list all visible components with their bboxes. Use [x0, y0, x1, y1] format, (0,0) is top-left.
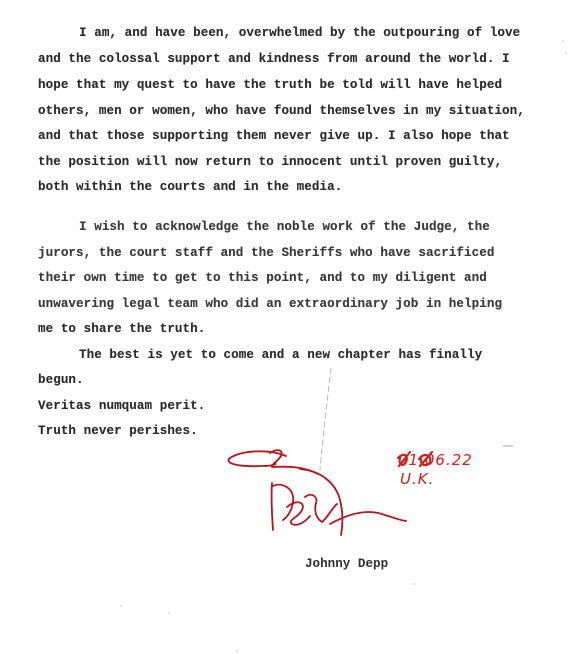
- signatory-name: Johnny Depp: [305, 557, 388, 571]
- paragraph-1-line-2: and the colossal support and kindness fr…: [38, 52, 510, 66]
- closing-latin: Veritas numquam perit.: [38, 399, 205, 413]
- closing-translation: Truth never perishes.: [38, 424, 198, 438]
- paragraph-2-line-5: me to share the truth.: [38, 322, 205, 336]
- scan-speck: [236, 650, 238, 652]
- scan-speck: [413, 583, 415, 585]
- paragraph-2-line-3: their own time to get to this point, and…: [38, 271, 487, 285]
- paragraph-1-line-7: both within the courts and in the media.: [38, 180, 342, 194]
- handwritten-date: 01.06.22: [398, 451, 473, 469]
- paragraph-1-line-4: others, men or women, who have found the…: [38, 104, 525, 118]
- paragraph-3-line-1: The best is yet to come and a new chapte…: [79, 348, 482, 362]
- scan-speck: [168, 612, 170, 614]
- paragraph-1-line-1: I am, and have been, overwhelmed by the …: [79, 26, 520, 40]
- paragraph-1-line-3: hope that my quest to have the truth be …: [38, 78, 502, 92]
- paragraph-1-line-6: the position will now return to innocent…: [38, 155, 502, 169]
- letter-page: I am, and have been, overwhelmed by the …: [0, 0, 579, 654]
- scan-speck: [565, 52, 567, 54]
- paragraph-1-line-5: and that those supporting them never giv…: [38, 129, 510, 143]
- paragraph-2-line-4: unwavering legal team who did an extraor…: [38, 297, 502, 311]
- handwritten-place: U.K.: [400, 470, 434, 488]
- scan-speck: [120, 605, 122, 607]
- paragraph-2-line-2: jurors, the court staff and the Sheriffs…: [38, 246, 494, 260]
- paragraph-3-line-2: begun.: [38, 373, 84, 387]
- scan-speck: [562, 40, 564, 42]
- paragraph-2-line-1: I wish to acknowledge the noble work of …: [79, 220, 490, 234]
